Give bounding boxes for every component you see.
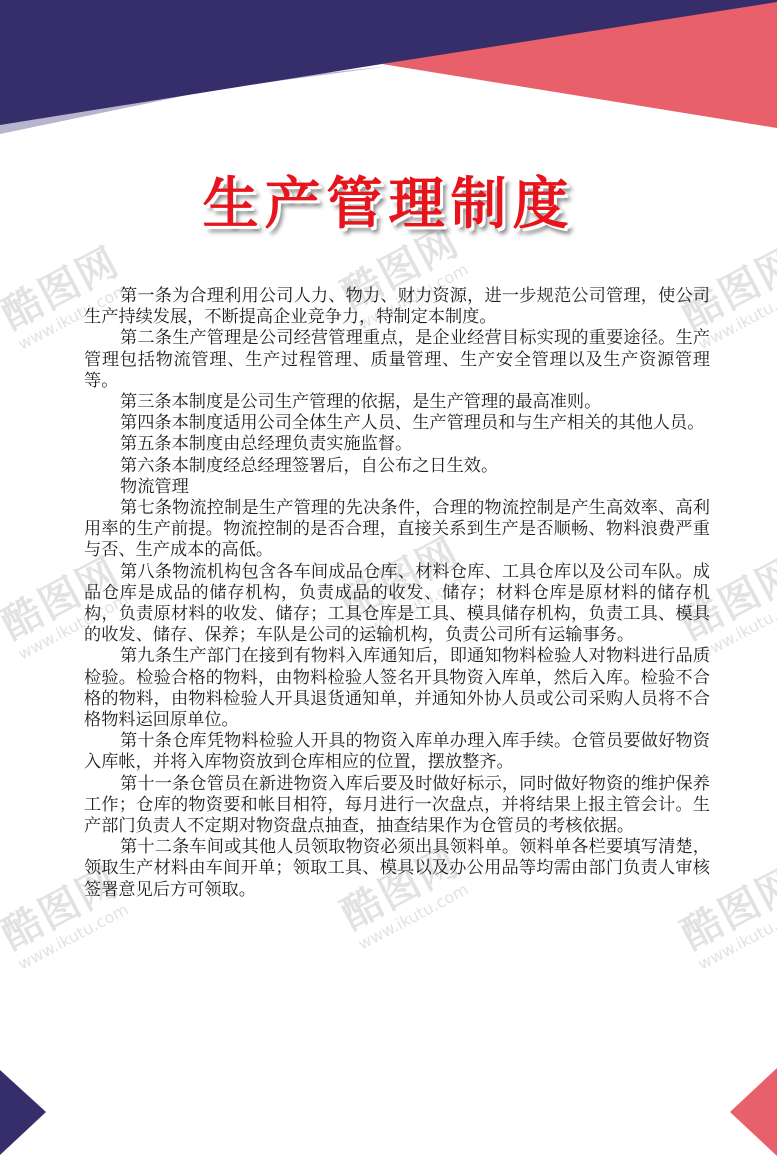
article-3: 第三条本制度是公司生产管理的依据，是生产管理的最高准则。 [84,392,710,413]
page-title: 生产管理制度 [0,160,777,240]
article-5: 第五条本制度由总经理负责实施监督。 [84,434,710,455]
bottom-left-navy-triangle [0,1070,46,1155]
document-body: 第一条为合理利用公司人力、物力、财力资源，进一步规范公司管理，使公司生产持续发展… [84,286,710,901]
article-9: 第九条生产部门在接到有物料入库通知后，即通知物料检验人对物料进行品质检验。检验合… [84,646,710,731]
top-right-coral-shape [382,0,777,128]
top-navy-band [0,0,777,125]
article-10: 第十条仓库凭物料检验人开具的物资入库单办理入库手续。仓管员要做好物资入库帐，并将… [84,731,710,773]
article-1: 第一条为合理利用公司人力、物力、财力资源，进一步规范公司管理，使公司生产持续发展… [84,286,710,328]
section-heading-logistics: 物流管理 [84,477,710,498]
top-left-shadow-band [0,66,390,134]
bottom-right-coral-triangle [730,1068,777,1156]
article-11: 第十一条仓管员在新进物资入库后要及时做好标示，同时做好物资的维护保养工作；仓库的… [84,774,710,838]
article-8: 第八条物流机构包含各车间成品仓库、材料仓库、工具仓库以及公司车队。成品仓库是成品… [84,562,710,647]
article-6: 第六条本制度经总经理签署后，自公布之日生效。 [84,456,710,477]
article-4: 第四条本制度适用公司全体生产人员、生产管理员和与生产相关的其他人员。 [84,413,710,434]
article-7: 第七条物流控制是生产管理的先决条件，合理的物流控制是产生高效率、高利用率的生产前… [84,498,710,562]
article-12: 第十二条车间或其他人员领取物资必须出具领料单。领料单各栏要填写清楚，领取生产材料… [84,837,710,901]
article-2: 第二条生产管理是公司经营管理重点，是企业经营目标实现的重要途径。生产管理包括物流… [84,328,710,392]
